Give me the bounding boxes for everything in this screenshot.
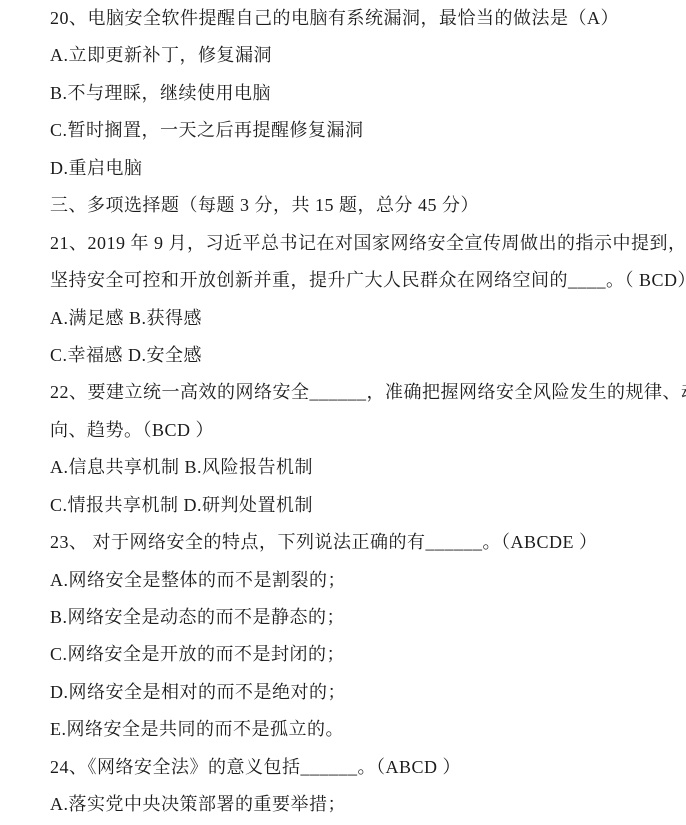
question-23-option-e: E.网络安全是共同的而不是孤立的。 xyxy=(50,711,648,748)
question-21-options-ab: A.满足感 B.获得感 xyxy=(50,300,648,337)
question-20-option-c: C.暂时搁置，一天之后再提醒修复漏洞 xyxy=(50,112,648,149)
question-24-stem: 24、《网络安全法》的意义包括______。（ABCD ） xyxy=(50,749,648,786)
question-21-options-cd: C.幸福感 D.安全感 xyxy=(50,337,648,374)
question-23-option-a: A.网络安全是整体的而不是割裂的； xyxy=(50,562,648,599)
question-23-stem: 23、 对于网络安全的特点，下列说法正确的有______。（ABCDE ） xyxy=(50,524,648,561)
document-page: 20、电脑安全软件提醒自己的电脑有系统漏洞，最恰当的做法是（A） A.立即更新补… xyxy=(0,0,686,825)
question-23-option-b: B.网络安全是动态的而不是静态的； xyxy=(50,599,648,636)
question-20-option-d: D.重启电脑 xyxy=(50,150,648,187)
question-20-option-a: A.立即更新补丁，修复漏洞 xyxy=(50,37,648,74)
question-22-stem-line-2: 向、趋势。（BCD ） xyxy=(50,412,648,449)
section-3-heading: 三、多项选择题（每题 3 分，共 15 题，总分 45 分） xyxy=(50,187,648,224)
question-22-options-ab: A.信息共享机制 B.风险报告机制 xyxy=(50,449,648,486)
question-20-stem: 20、电脑安全软件提醒自己的电脑有系统漏洞，最恰当的做法是（A） xyxy=(50,0,648,37)
question-24-option-a: A.落实党中央决策部署的重要举措； xyxy=(50,786,648,823)
question-21-stem-line-2: 坚持安全可控和开放创新并重，提升广大人民群众在网络空间的____。（ BCD） xyxy=(50,262,648,299)
question-21-stem-line-1: 21、2019 年 9 月，习近平总书记在对国家网络安全宣传周做出的指示中提到，… xyxy=(50,225,648,262)
question-22-stem-line-1: 22、要建立统一高效的网络安全______，准确把握网络安全风险发生的规律、动 xyxy=(50,374,648,411)
question-23-option-c: C.网络安全是开放的而不是封闭的； xyxy=(50,636,648,673)
question-22-options-cd: C.情报共享机制 D.研判处置机制 xyxy=(50,487,648,524)
question-20-option-b: B.不与理睬，继续使用电脑 xyxy=(50,75,648,112)
question-23-option-d: D.网络安全是相对的而不是绝对的； xyxy=(50,674,648,711)
